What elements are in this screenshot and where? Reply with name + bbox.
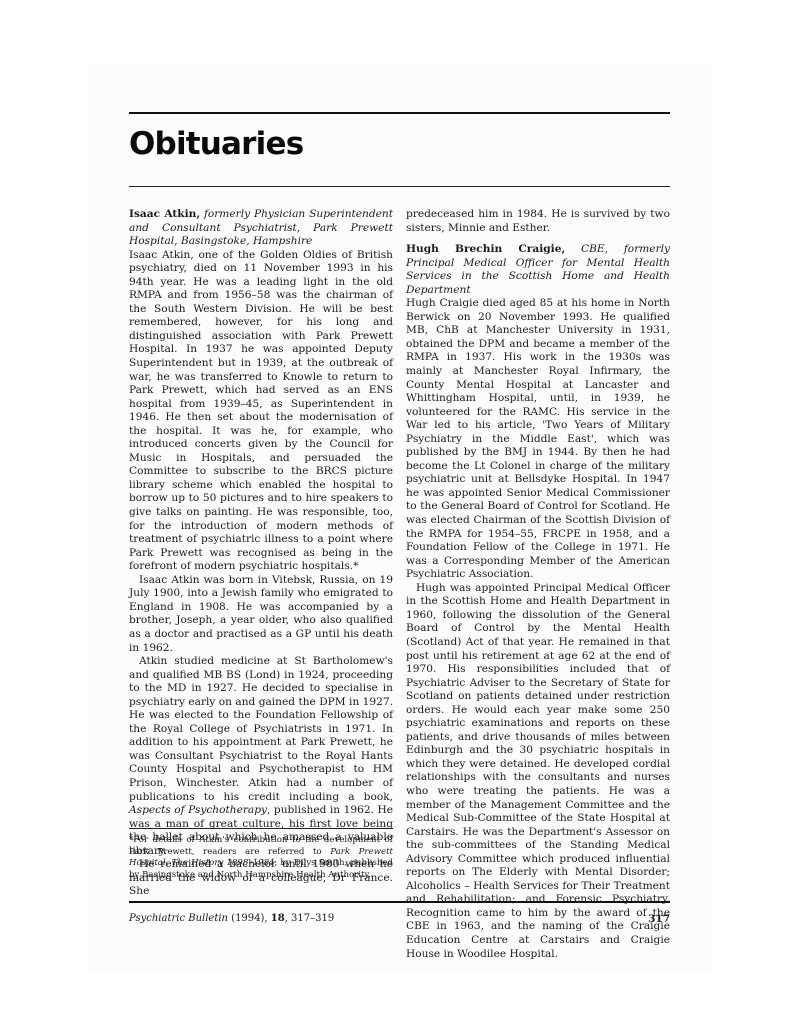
title-rule xyxy=(129,186,670,187)
bottom-rule xyxy=(129,901,670,903)
journal-name: Psychiatric Bulletin xyxy=(129,913,228,924)
footnote: *For details of Atkin's contribution to … xyxy=(129,835,393,881)
paragraph: Isaac Atkin was born in Vitebsk, Russia,… xyxy=(129,574,393,655)
paragraph: Hugh Craigie died aged 85 at his home in… xyxy=(406,297,670,581)
left-column: Isaac Atkin, formerly Physician Superint… xyxy=(129,208,393,899)
obituary-name: Isaac Atkin, xyxy=(129,208,200,220)
paragraph: predeceased him in 1984. He is survived … xyxy=(406,208,670,235)
page-number: 317 xyxy=(648,912,670,926)
journal-pages: , 317–319 xyxy=(285,913,335,924)
obituary-heading-craigie: Hugh Brechin Craigie, CBE, formerly Prin… xyxy=(406,243,670,297)
section-title: Obituaries xyxy=(129,124,303,164)
obituary-name: Hugh Brechin Craigie, xyxy=(406,243,565,255)
obituary-heading-atkin: Isaac Atkin, formerly Physician Superint… xyxy=(129,208,393,249)
journal-citation: Psychiatric Bulletin (1994), 18, 317–319 xyxy=(129,912,334,926)
paragraph: Isaac Atkin, one of the Golden Oldies of… xyxy=(129,249,393,574)
footnote-rule xyxy=(129,828,393,829)
obituary-honour: CBE, xyxy=(565,243,608,255)
journal-year: (1994), xyxy=(228,913,271,924)
journal-volume: 18 xyxy=(271,913,285,924)
paragraph-text: Atkin studied medicine at St Bartholomew… xyxy=(129,655,393,802)
paragraph: Hugh was appointed Principal Medical Off… xyxy=(406,582,670,961)
book-title: Aspects of Psychotherapy xyxy=(129,804,267,816)
top-rule xyxy=(129,112,670,114)
right-column: predeceased him in 1984. He is survived … xyxy=(406,208,670,961)
